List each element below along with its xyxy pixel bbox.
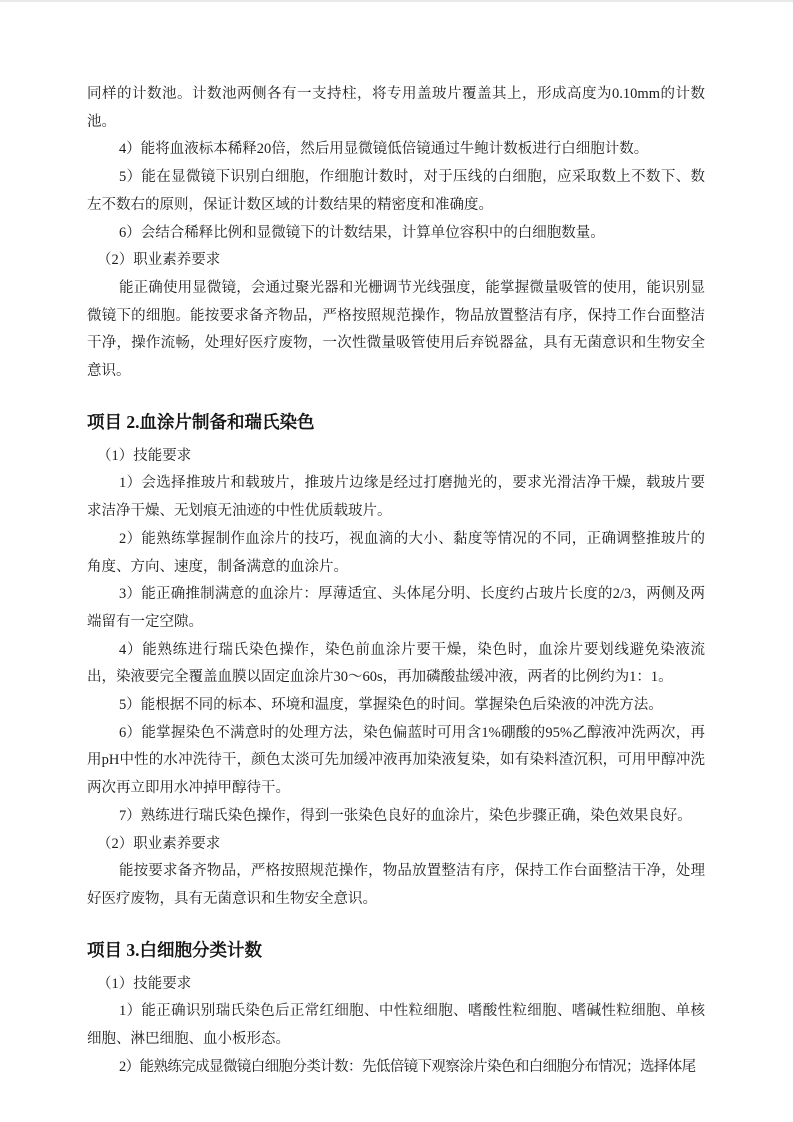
page-content: 同样的计数池。计数池两侧各有一支持柱，将专用盖玻片覆盖其上，形成高度为0.10m… — [87, 81, 705, 1082]
section-heading-project-3: 项目 3.白细胞分类计数 — [87, 936, 705, 964]
skill-item-5: 5）能根据不同的标本、环境和温度，掌握染色的时间。掌握染色后染液的冲洗方法。 — [87, 692, 705, 720]
subsection-label-skill-requirements: （1）技能要求 — [87, 971, 705, 999]
document-page: 同样的计数池。计数池两侧各有一支持柱，将专用盖玻片覆盖其上，形成高度为0.10m… — [0, 0, 793, 1122]
skill-item-6: 6）能掌握染色不满意时的处理方法，染色偏蓝时可用含1%硼酸的95%乙醇液冲洗两次… — [87, 720, 705, 803]
subsection-label-professional-quality: （2）职业素养要求 — [87, 247, 705, 275]
subsection-label-professional-quality: （2）职业素养要求 — [87, 831, 705, 859]
scan-edge-artifact — [0, 0, 793, 2]
skill-item-2: 2）能熟练掌握制作血涂片的技巧，视血滴的大小、黏度等情况的不同，正确调整推玻片的… — [87, 526, 705, 581]
skill-item-7: 7）熟练进行瑞氏染色操作，得到一张染色良好的血涂片，染色步骤正确，染色效果良好。 — [87, 803, 705, 831]
body-paragraph-professional-quality: 能按要求备齐物品，严格按照规范操作，物品放置整洁有序，保持工作台面整洁干净，处理… — [87, 858, 705, 913]
section-heading-project-2: 项目 2.血涂片制备和瑞氏染色 — [87, 408, 705, 436]
skill-item-4: 4）能熟练进行瑞氏染色操作，染色前血涂片要干燥，染色时，血涂片要划线避免染液流出… — [87, 637, 705, 692]
paragraph-continuation: 同样的计数池。计数池两侧各有一支持柱，将专用盖玻片覆盖其上，形成高度为0.10m… — [87, 81, 705, 136]
skill-item-6: 6）会结合稀释比例和显微镜下的计数结果，计算单位容积中的白细胞数量。 — [87, 220, 705, 248]
skill-item-5: 5）能在显微镜下识别白细胞，作细胞计数时，对于压线的白细胞，应采取数上不数下、数… — [87, 164, 705, 219]
body-paragraph-professional-quality: 能正确使用显微镜，会通过聚光器和光栅调节光线强度，能掌握微量吸管的使用，能识别显… — [87, 275, 705, 386]
skill-item-3: 3）能正确推制满意的血涂片：厚薄适宜、头体尾分明、长度约占玻片长度的2/3，两侧… — [87, 581, 705, 636]
skill-item-1: 1）能正确识别瑞氏染色后正常红细胞、中性粒细胞、嗜酸性粒细胞、嗜碱性粒细胞、单核… — [87, 998, 705, 1053]
skill-item-1: 1）会选择推玻片和载玻片，推玻片边缘是经过打磨抛光的，要求光滑洁净干燥，载玻片要… — [87, 470, 705, 525]
skill-item-2-cutoff: 2）能熟练完成显微镜白细胞分类计数：先低倍镜下观察涂片染色和白细胞分布情况；选择… — [87, 1054, 705, 1082]
subsection-label-skill-requirements: （1）技能要求 — [87, 443, 705, 471]
skill-item-4: 4）能将血液标本稀释20倍，然后用显微镜低倍镜通过牛鲍计数板进行白细胞计数。 — [87, 136, 705, 164]
